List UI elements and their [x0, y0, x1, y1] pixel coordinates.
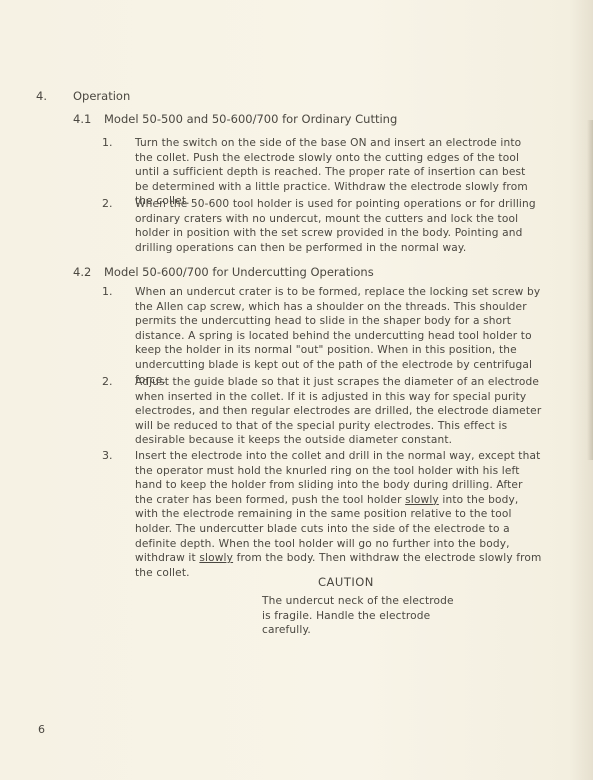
item-text: When the 50-600 tool holder is used for … — [135, 197, 542, 255]
subsection-title: Model 50-500 and 50-600/700 for Ordinary… — [104, 112, 397, 126]
item-number: 1. — [102, 285, 113, 298]
emphasis-underlined: slowly — [199, 552, 233, 564]
section-number: 4. — [36, 89, 47, 103]
list-item: 1. When an undercut crater is to be form… — [102, 285, 542, 387]
list-item: 2. Adjust the guide blade so that it jus… — [102, 375, 542, 448]
caution-heading: CAUTION — [318, 575, 374, 589]
item-number: 3. — [102, 449, 113, 462]
item-text: Adjust the guide blade so that it just s… — [135, 375, 542, 448]
item-text: Insert the electrode into the collet and… — [135, 449, 542, 580]
subsection-number: 4.1 — [73, 112, 91, 126]
item-number: 1. — [102, 136, 113, 149]
emphasis-underlined: slowly — [405, 494, 439, 506]
subsection-title: Model 50-600/700 for Undercutting Operat… — [104, 265, 374, 279]
list-item: 2. When the 50-600 tool holder is used f… — [102, 197, 542, 255]
item-number: 2. — [102, 197, 113, 210]
item-text: When an undercut crater is to be formed,… — [135, 285, 542, 387]
list-item: 3. Insert the electrode into the collet … — [102, 449, 542, 580]
section-title: Operation — [73, 89, 130, 103]
subsection-number: 4.2 — [73, 265, 91, 279]
caution-text: The undercut neck of the electrode is fr… — [262, 594, 462, 638]
item-number: 2. — [102, 375, 113, 388]
document-page: 4. Operation 4.1 Model 50-500 and 50-600… — [0, 0, 593, 780]
page-number: 6 — [38, 723, 45, 736]
page-edge-shadow — [587, 120, 593, 460]
